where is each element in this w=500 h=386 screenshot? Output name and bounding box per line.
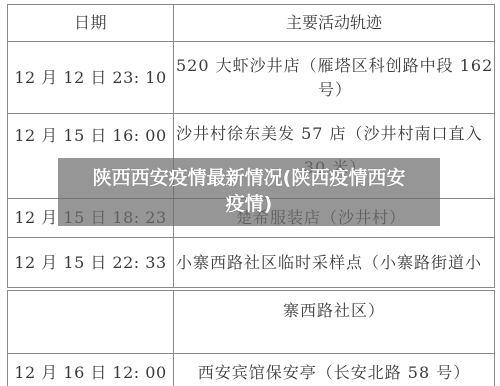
row-date: 12 月 12 日 23: 10 (8, 42, 174, 114)
activity-text: 小寨西路社区临时采样点（小寨路街道小 (176, 251, 494, 275)
table-row: 12 月 15 日 22: 33 小寨西路社区临时采样点（小寨路街道小 (8, 238, 495, 288)
headline-line1: 陕西西安疫情最新情况(陕西疫情西安 (58, 165, 440, 191)
row-date: 12 月 15 日 22: 33 (8, 238, 174, 288)
row-activity: 西安宾馆保安亭（长安北路 58 号） (174, 354, 495, 386)
table-row: 12 月 16 日 12: 00 西安宾馆保安亭（长安北路 58 号） (8, 354, 495, 386)
table-header-row: 日期 主要活动轨迹 (8, 5, 495, 42)
table-row: 寨西路社区） (8, 291, 495, 354)
row-activity: 寨西路社区） (174, 291, 495, 354)
row-date: 12 月 16 日 12: 00 (8, 354, 174, 386)
row-activity: 520 大虾沙井店（雁塔区科创路中段 162 号） (174, 42, 495, 114)
activity-text: 520 大虾沙井店（雁塔区科创路中段 162 (176, 54, 494, 78)
trajectory-table-top: 日期 主要活动轨迹 12 月 12 日 23: 10 520 大虾沙井店（雁塔区… (7, 4, 495, 288)
headline-line2: 疫情) (58, 191, 440, 217)
header-date: 日期 (8, 5, 174, 42)
row-date (8, 291, 174, 354)
table-row: 12 月 12 日 23: 10 520 大虾沙井店（雁塔区科创路中段 162 … (8, 42, 495, 114)
row-activity: 小寨西路社区临时采样点（小寨路街道小 (174, 238, 495, 288)
activity-text: 沙井村徐东美发 57 店（沙井村南口直入 (176, 122, 494, 146)
headline-overlay: 陕西西安疫情最新情况(陕西疫情西安 疫情) (58, 158, 440, 226)
trajectory-table-bottom: 寨西路社区） 12 月 16 日 12: 00 西安宾馆保安亭（长安北路 58 … (7, 290, 495, 386)
activity-text-cont: 号） (176, 78, 494, 102)
header-activity: 主要活动轨迹 (174, 5, 495, 42)
